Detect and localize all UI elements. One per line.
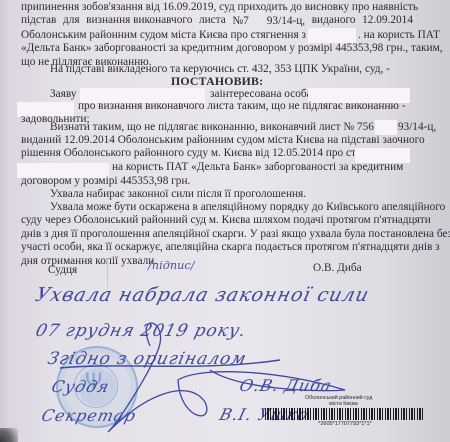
signature-scribble [0,0,450,442]
document-barcode: Оболонський районний суд міста Києва *26… [265,395,425,427]
barcode-number: *2605*17707793*1*1* [265,421,425,427]
barcode-bars [265,408,425,420]
barcode-label: міста Києва [265,401,425,407]
